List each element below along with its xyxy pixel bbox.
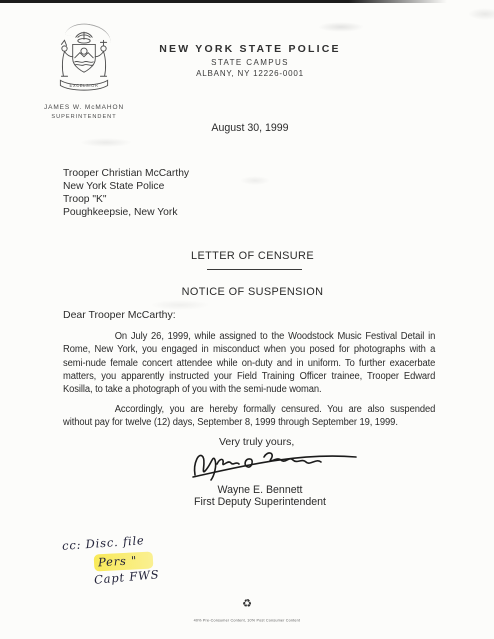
recycle-note-text: 40% Pre-Consumer Content, 10% Post Consu…	[194, 619, 300, 623]
handwritten-cc-line1: cc: Disc. file	[62, 533, 145, 553]
subject-letter-of-censure: LETTER OF CENSURE	[0, 250, 494, 262]
recipient-line: New York State Police	[63, 180, 189, 193]
handwritten-cc-line2: Pers "	[94, 552, 154, 569]
letter-date: August 30, 1999	[150, 122, 350, 135]
signer-name: Wayne E. Bennett	[155, 484, 365, 496]
scan-artifact-topbar	[0, 0, 447, 3]
body-paragraph-1: On July 26, 1999, while assigned to the …	[63, 330, 435, 396]
superintendent-caption: JAMES W. McMAHON SUPERINTENDENT	[14, 104, 154, 120]
recycled-paper-note: ♻ 40% Pre-Consumer Content, 10% Post Con…	[0, 599, 494, 628]
superintendent-title: SUPERINTENDENT	[14, 114, 154, 120]
seal-motto: EXCELSIOR	[70, 83, 99, 88]
recipient-line: Trooper Christian McCarthy	[63, 167, 189, 180]
subject-notice-of-suspension: NOTICE OF SUSPENSION	[0, 286, 494, 298]
signer-title: First Deputy Superintendent	[155, 496, 365, 508]
salutation: Dear Trooper McCarthy:	[63, 309, 176, 322]
ny-coat-of-arms-icon: EXCELSIOR	[50, 28, 118, 104]
body-paragraph-2: Accordingly, you are hereby formally cen…	[63, 403, 435, 430]
recycle-icon: ♻	[0, 599, 494, 610]
superintendent-name: JAMES W. McMAHON	[14, 104, 154, 111]
scanned-letter-page: EXCELSIOR JAMES W. McMAHON SUPERINTENDEN…	[0, 0, 494, 639]
subject-divider	[207, 269, 302, 270]
letterhead-address-line2: ALBANY, NY 12226-0001	[150, 69, 350, 78]
recipient-line: Troop "K"	[63, 193, 189, 206]
recipient-line: Poughkeepsie, New York	[63, 206, 189, 219]
signature-script	[190, 446, 360, 484]
letterhead: NEW YORK STATE POLICE STATE CAMPUS ALBAN…	[150, 43, 350, 78]
recipient-address: Trooper Christian McCarthy New York Stat…	[63, 167, 189, 219]
letterhead-address-line1: STATE CAMPUS	[150, 58, 350, 67]
letterhead-agency: NEW YORK STATE POLICE	[150, 43, 350, 55]
